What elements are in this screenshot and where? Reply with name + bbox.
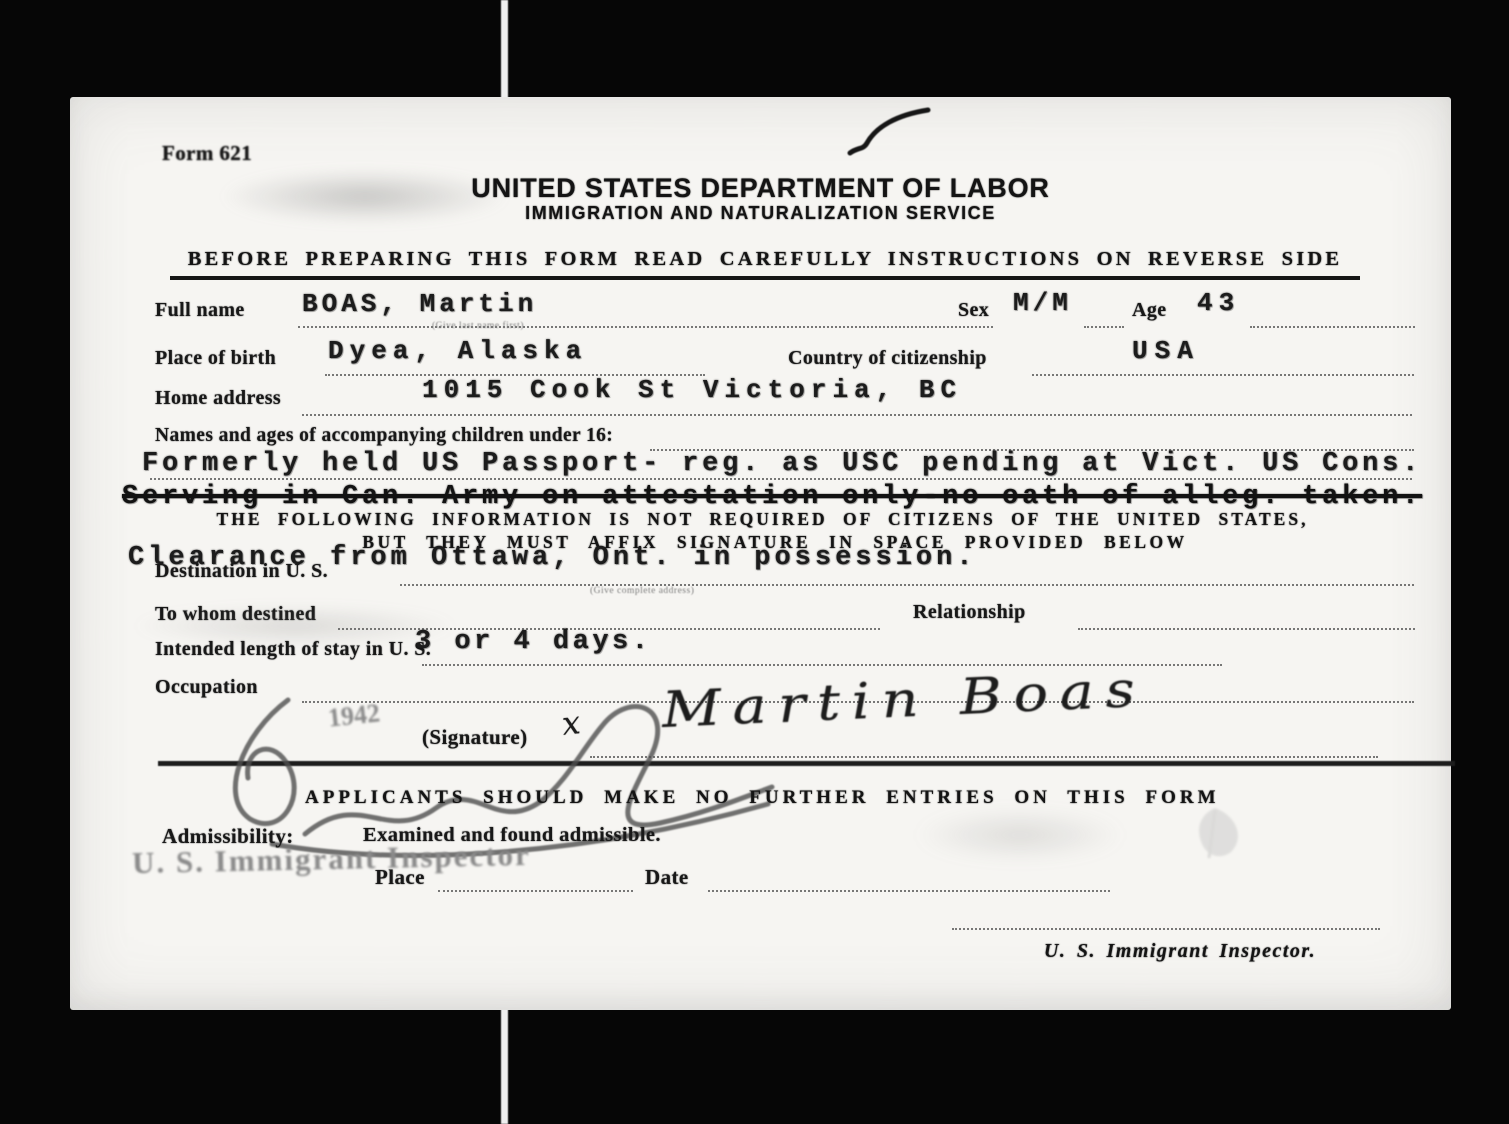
age-value: 43: [1197, 288, 1240, 318]
dotted-line: [150, 478, 1412, 480]
dotted-line: [298, 326, 993, 328]
destination-hint: (Give complete address): [590, 586, 694, 596]
name-hint: (Give last name first): [432, 321, 524, 331]
citizens-notice-line1: THE FOLLOWING INFORMATION IS NOT REQUIRE…: [165, 509, 1360, 530]
citizenship-label: Country of citizenship: [788, 347, 987, 370]
children-label: Names and ages of accompanying children …: [155, 425, 613, 447]
instruction-banner: BEFORE PREPARING THIS FORM READ CAREFULL…: [170, 248, 1360, 280]
department-title: UNITED STATES DEPARTMENT OF LABOR: [70, 173, 1451, 204]
typed-note-passport: Formerly held US Passport- reg. as USC p…: [142, 449, 1422, 479]
dotted-line: [400, 584, 1414, 586]
form-number: Form 621: [162, 141, 252, 166]
place-of-birth-value: Dyea, Alaska: [328, 336, 587, 366]
stay-value: 3 or 4 days.: [415, 627, 651, 657]
dotted-line: [302, 414, 1412, 416]
date-label: Date: [645, 865, 689, 890]
leaf-watermark: [1175, 800, 1255, 862]
inspector-stamp: U. S. Immigrant Inspector: [132, 837, 531, 881]
dotted-line: [1250, 326, 1415, 328]
dotted-line: [1032, 374, 1414, 376]
age-label: Age: [1132, 299, 1167, 322]
full-name-label: Full name: [155, 299, 245, 322]
to-whom-label: To whom destined: [155, 603, 316, 626]
full-name-value: BOAS, Martin: [302, 289, 537, 319]
destination-label: Destination in U. S.: [155, 560, 328, 583]
dotted-line: [952, 928, 1380, 930]
dotted-line: [708, 890, 1110, 892]
dotted-line: [1078, 628, 1415, 630]
dotted-line: [1084, 326, 1124, 328]
home-address-label: Home address: [155, 387, 281, 410]
document-card: Form 621 UNITED STATES DEPARTMENT OF LAB…: [70, 97, 1451, 1010]
dotted-line: [438, 890, 633, 892]
place-of-birth-label: Place of birth: [155, 347, 276, 370]
sex-label: Sex: [958, 299, 989, 322]
home-address-value: 1015 Cook St Victoria, BC: [422, 375, 962, 405]
typed-note-army-struck: Serving in Can. Army on attestation only…: [122, 482, 1422, 512]
no-entries-banner: APPLICANTS SHOULD MAKE NO FURTHER ENTRIE…: [305, 787, 1215, 809]
service-subtitle: IMMIGRATION AND NATURALIZATION SERVICE: [70, 203, 1451, 224]
inspector-signature-line-label: U. S. Immigrant Inspector.: [970, 940, 1390, 963]
place-label: Place: [375, 865, 425, 890]
smudge: [915, 809, 1125, 861]
sex-value: M/M: [1013, 288, 1072, 318]
film-scan-background: { "colors": { "paper": "#f6f5f2", "ink":…: [0, 0, 1509, 1124]
stay-label: Intended length of stay in U. S.: [155, 638, 431, 661]
checkmark-annotation: [842, 105, 934, 163]
citizenship-value: USA: [1132, 336, 1200, 366]
relationship-label: Relationship: [913, 601, 1026, 624]
